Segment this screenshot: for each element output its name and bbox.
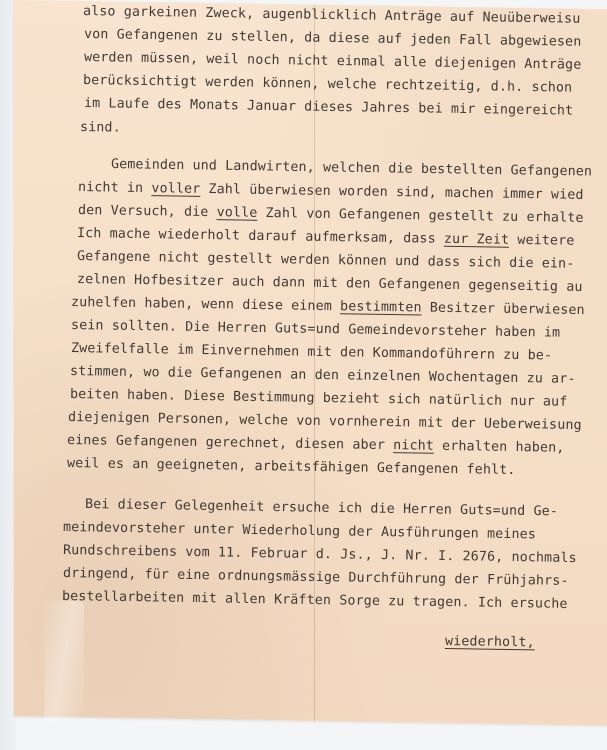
text-line: sein sollten. Die Herren Guts=und Gemein… [71,318,561,342]
underlined-emphasis: voller [151,181,200,197]
text-line: weil es an geeigneten, arbeitsfähigen Ge… [67,456,516,479]
text-line: beiten haben. Diese Bestimmung bezieht s… [70,387,568,411]
text-line: also garkeinen Zweck, augenblicklich Ant… [83,4,581,28]
underlined-emphasis: zur Zeit [444,232,509,248]
text-line: bestellarbeiten mit allen Kräften Sorge … [62,589,568,613]
text-line: von Gefangenen zu stellen, da diese auf … [84,27,582,51]
text-line: dringend, für eine ordnungsmässige Durch… [63,566,569,590]
text-line: im Laufe des Monats Januar dieses Jahres… [84,96,574,120]
text-line: Ich mache wiederholt darauf aufmerksam, … [77,226,575,250]
text-line: Rundschreibens vom 11. Februar d. Js., J… [63,543,577,567]
typewritten-text: also garkeinen Zweck, augenblicklich Ant… [0,0,607,720]
text-line: berücksichtigt werden können, welche rec… [83,73,573,97]
text-line: den Versuch, die volle Zahl von Gefangen… [78,203,584,227]
text-line: eines Gefangenen gerechnet, diesen aber … [67,433,565,457]
text-line: werden müssen, weil noch nicht einmal al… [84,50,582,74]
text-line: Zweifelfalle im Einvernehmen mit den Kom… [71,341,552,365]
text-line: meindevorsteher unter Wiederholung der A… [63,520,536,543]
underlined-emphasis: wiederholt, [445,634,535,650]
text-line: sind. [80,120,121,137]
text-line: Gemeinden und Landwirten, welchen die be… [111,157,592,181]
text-line: diejenigen Personen, welche von vornhere… [68,410,582,434]
underlined-emphasis: bestimmten [340,299,422,315]
underlined-emphasis: volle [217,205,258,221]
text-line: nicht in voller Zahl überwiesen worden s… [78,180,584,204]
text-line: zuhelfen haben, wenn diese einem bestimm… [71,295,585,319]
underlined-emphasis: nicht [393,438,434,454]
text-line: stimmen, wo die Gefangenen an den einzel… [70,364,576,388]
text-line: zelnen Hofbesitzer auch dann mit den Gef… [77,272,583,296]
text-line: Gefangene nicht gestellt werden können u… [77,249,575,273]
text-line: wiederholt, [445,634,535,651]
text-line: Bei dieser Gelegenheit ersuche ich die H… [85,497,558,520]
